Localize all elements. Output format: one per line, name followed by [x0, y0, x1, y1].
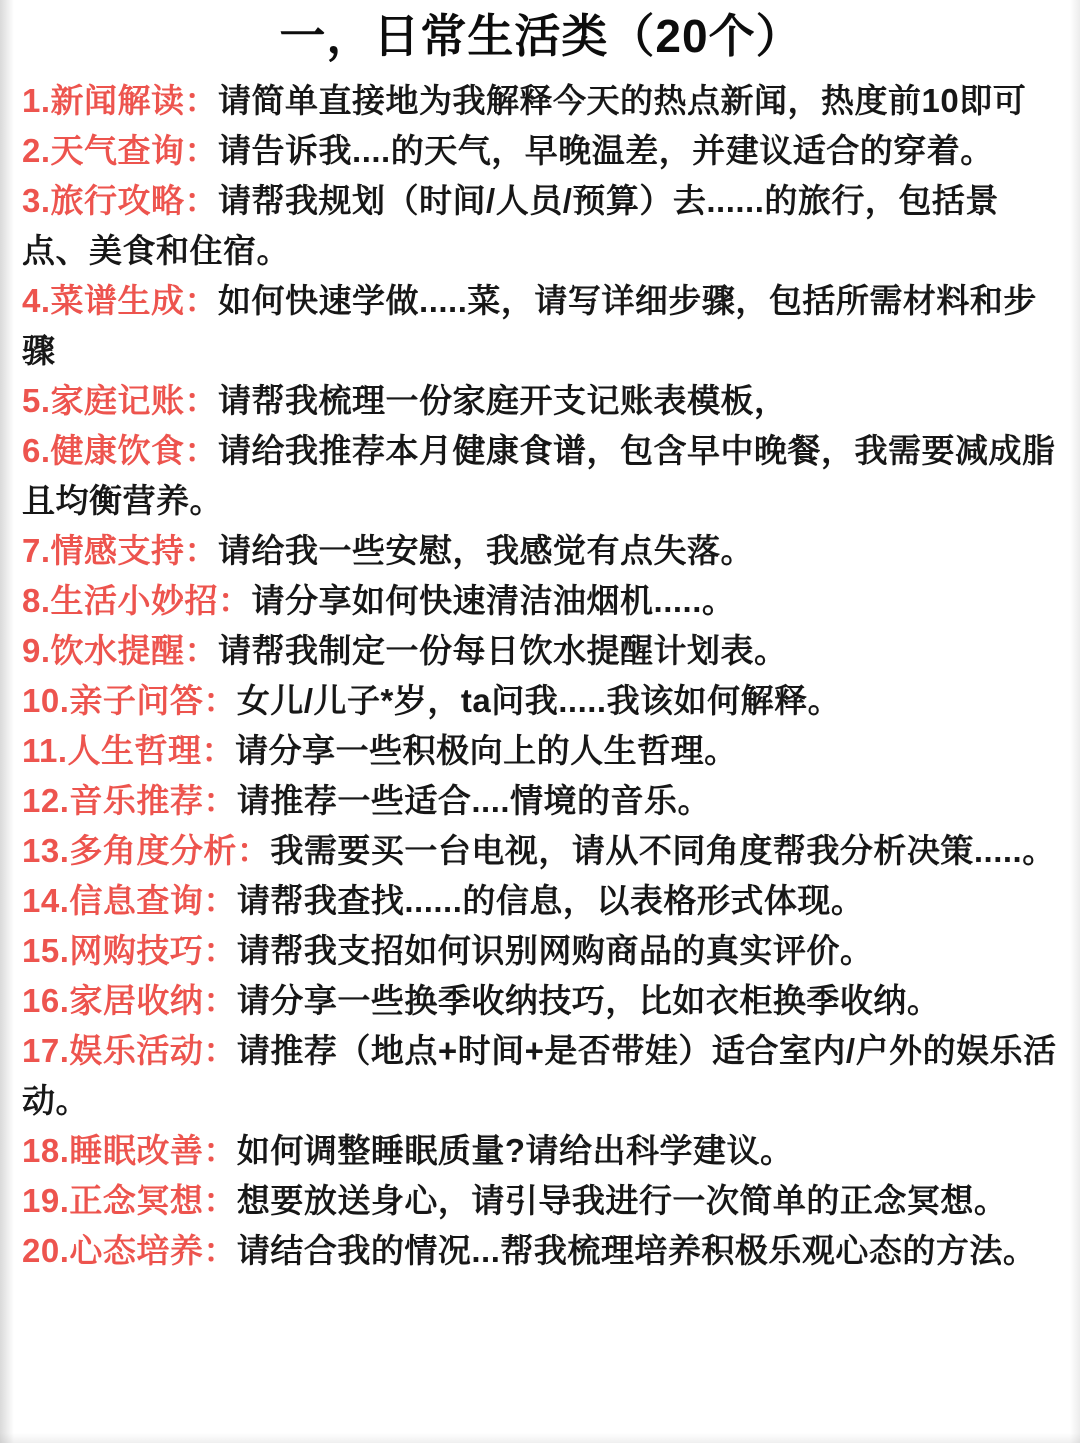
- list-item: 16.家居收纳：请分享一些换季收纳技巧，比如衣柜换季收纳。: [22, 976, 1060, 1026]
- item-label: 16.家居收纳：: [22, 982, 237, 1019]
- list-item: 18.睡眠改善：如何调整睡眠质量?请给出科学建议。: [22, 1126, 1060, 1176]
- item-text: 请简单直接地为我解释今天的热点新闻，热度前10即可: [218, 82, 1026, 119]
- item-label: 8.生活小妙招：: [22, 582, 252, 619]
- list-item: 8.生活小妙招：请分享如何快速清洁油烟机.....。: [22, 576, 1060, 626]
- list-item: 3.旅行攻略：请帮我规划（时间/人员/预算）去......的旅行，包括景点、美食…: [22, 176, 1060, 276]
- item-label: 18.睡眠改善：: [22, 1132, 237, 1169]
- item-label: 15.网购技巧：: [22, 932, 237, 969]
- item-label: 9.饮水提醒：: [22, 632, 218, 669]
- item-label: 19.正念冥想：: [22, 1182, 237, 1219]
- item-label: 13.多角度分析：: [22, 832, 270, 869]
- list-item: 15.网购技巧：请帮我支招如何识别网购商品的真实评价。: [22, 926, 1060, 976]
- page-title: 一，日常生活类（20个）: [22, 6, 1060, 66]
- item-label: 4.菜谱生成：: [22, 282, 218, 319]
- item-text: 请分享一些换季收纳技巧，比如衣柜换季收纳。: [237, 982, 941, 1019]
- item-label: 7.情感支持：: [22, 532, 218, 569]
- item-text: 我需要买一台电视，请从不同角度帮我分析决策.....。: [270, 832, 1055, 869]
- document-page: 一，日常生活类（20个） 1.新闻解读：请简单直接地为我解释今天的热点新闻，热度…: [0, 0, 1080, 1276]
- item-label: 1.新闻解读：: [22, 82, 218, 119]
- list-item: 7.情感支持：请给我一些安慰，我感觉有点失落。: [22, 526, 1060, 576]
- item-text: 请分享如何快速清洁油烟机.....。: [252, 582, 736, 619]
- item-label: 11.人生哲理：: [22, 732, 235, 769]
- item-text: 如何调整睡眠质量?请给出科学建议。: [237, 1132, 794, 1169]
- item-label: 10.亲子问答：: [22, 682, 237, 719]
- list-item: 14.信息查询：请帮我查找......的信息，以表格形式体现。: [22, 876, 1060, 926]
- list-item: 2.天气查询：请告诉我....的天气，早晚温差，并建议适合的穿着。: [22, 126, 1060, 176]
- item-text: 请分享一些积极向上的人生哲理。: [235, 732, 738, 769]
- item-text: 请帮我查找......的信息，以表格形式体现。: [237, 882, 865, 919]
- item-text: 请结合我的情况...帮我梳理培养积极乐观心态的方法。: [237, 1232, 1037, 1269]
- list-item: 5.家庭记账：请帮我梳理一份家庭开支记账表模板，: [22, 376, 1060, 426]
- item-label: 5.家庭记账：: [22, 382, 218, 419]
- item-text: 请告诉我....的天气，早晚温差，并建议适合的穿着。: [218, 132, 994, 169]
- item-label: 17.娱乐活动：: [22, 1032, 237, 1069]
- item-label: 20.心态培养：: [22, 1232, 237, 1269]
- list-item: 11.人生哲理：请分享一些积极向上的人生哲理。: [22, 726, 1060, 776]
- item-label: 12.音乐推荐：: [22, 782, 237, 819]
- page-edge-shadow-bottom: [0, 1433, 1080, 1443]
- item-label: 14.信息查询：: [22, 882, 237, 919]
- list-item: 4.菜谱生成：如何快速学做.....菜，请写详细步骤，包括所需材料和步骤: [22, 276, 1060, 376]
- item-label: 3.旅行攻略：: [22, 182, 218, 219]
- list-item: 12.音乐推荐：请推荐一些适合....情境的音乐。: [22, 776, 1060, 826]
- item-text: 请帮我制定一份每日饮水提醒计划表。: [218, 632, 788, 669]
- item-label: 2.天气查询：: [22, 132, 218, 169]
- list-item: 10.亲子问答：女儿/儿子*岁，ta问我.....我该如何解释。: [22, 676, 1060, 726]
- item-label: 6.健康饮食：: [22, 432, 218, 469]
- list-item: 1.新闻解读：请简单直接地为我解释今天的热点新闻，热度前10即可: [22, 76, 1060, 126]
- item-text: 请帮我梳理一份家庭开支记账表模板，: [218, 382, 788, 419]
- list-item: 20.心态培养：请结合我的情况...帮我梳理培养积极乐观心态的方法。: [22, 1226, 1060, 1276]
- item-text: 女儿/儿子*岁，ta问我.....我该如何解释。: [237, 682, 841, 719]
- list-item: 19.正念冥想：想要放送身心，请引导我进行一次简单的正念冥想。: [22, 1176, 1060, 1226]
- list-item: 9.饮水提醒：请帮我制定一份每日饮水提醒计划表。: [22, 626, 1060, 676]
- list-item: 13.多角度分析：我需要买一台电视，请从不同角度帮我分析决策.....。: [22, 826, 1060, 876]
- list-item: 6.健康饮食：请给我推荐本月健康食谱，包含早中晚餐，我需要减成脂且均衡营养。: [22, 426, 1060, 526]
- item-text: 请给我一些安慰，我感觉有点失落。: [218, 532, 754, 569]
- item-text: 想要放送身心，请引导我进行一次简单的正念冥想。: [237, 1182, 1008, 1219]
- item-text: 请推荐一些适合....情境的音乐。: [237, 782, 711, 819]
- item-text: 请帮我支招如何识别网购商品的真实评价。: [237, 932, 874, 969]
- list-item: 17.娱乐活动：请推荐（地点+时间+是否带娃）适合室内/户外的娱乐活动。: [22, 1026, 1060, 1126]
